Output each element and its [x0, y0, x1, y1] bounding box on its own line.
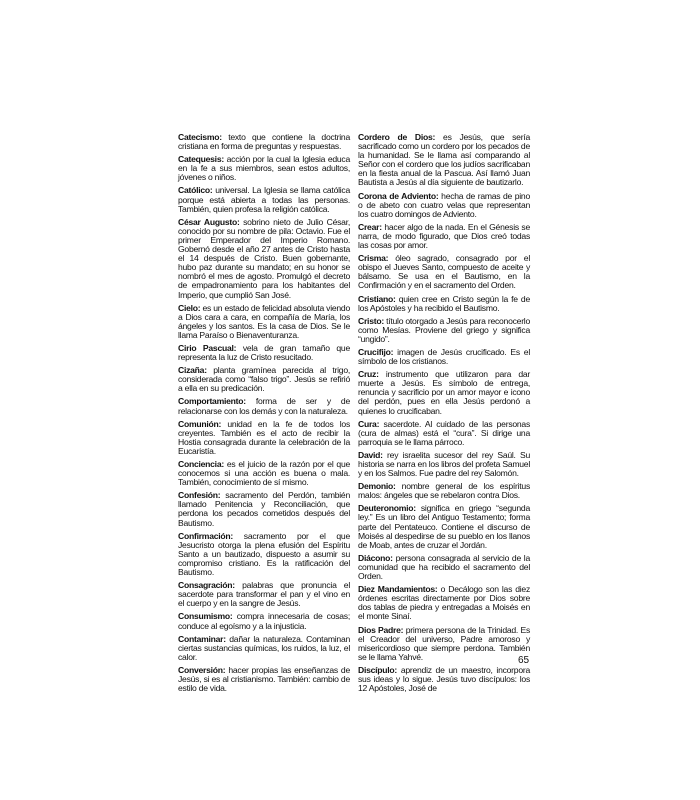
glossary-entry: Cirio Pascual: vela de gran tamaño que r… — [178, 344, 350, 362]
page-number: 65 — [518, 655, 529, 666]
glossary-definition: instrumento que utilizaron para dar muer… — [358, 369, 530, 415]
glossary-page: Catecismo: texto que contiene la doctrin… — [178, 133, 530, 663]
glossary-entry: Cristiano: quien cree en Cristo según la… — [358, 295, 530, 313]
glossary-entry: Demonio: nombre general de los espíritus… — [358, 482, 530, 500]
glossary-entry: Comportamiento: forma de ser y de relaci… — [178, 397, 350, 415]
glossary-right-column: Cordero de Dios: es Jesús, que sería sac… — [358, 133, 530, 663]
glossary-entry: Comunión: unidad en la fe de todos los c… — [178, 420, 350, 456]
glossary-entry: Diácono: persona consagrada al servicio … — [358, 554, 530, 581]
glossary-entry: Crear: hacer algo de la nada. En el Géne… — [358, 223, 530, 250]
glossary-entry: Cristo: título otorgado a Jesús para rec… — [358, 317, 530, 344]
glossary-definition: es Jesús, que sería sacrificado como un … — [358, 132, 530, 187]
glossary-entry: Conversión: hacer propias las enseñanzas… — [178, 666, 350, 693]
glossary-entry: Cura: sacerdote. Al cuidado de las perso… — [358, 420, 530, 447]
glossary-entry: Contaminar: dañar la naturaleza. Contami… — [178, 635, 350, 662]
glossary-entry: Cizaña: planta gramínea parecida al trig… — [178, 366, 350, 393]
glossary-entry: Crisma: óleo sagrado, consagrado por el … — [358, 254, 530, 290]
glossary-entry: Deuteronomio: significa en griego “segun… — [358, 504, 530, 549]
glossary-entry: Consumismo: compra innecesaria de cosas;… — [178, 612, 350, 630]
glossary-definition: sobrino nieto de Julio César, conocido p… — [178, 217, 350, 300]
glossary-entry: Católico: universal. La Iglesia se llama… — [178, 186, 350, 213]
glossary-entry: Confesión: sacramento del Perdón, tambié… — [178, 491, 350, 527]
glossary-left-column: Catecismo: texto que contiene la doctrin… — [178, 133, 350, 663]
glossary-entry: Cielo: es un estado de felicidad absolut… — [178, 304, 350, 340]
glossary-entry: Discípulo: aprendiz de un maestro, incor… — [358, 666, 530, 693]
glossary-definition: título otorgado a Jesús para reconocerlo… — [358, 316, 530, 344]
glossary-definition: hacer algo de la nada. En el Génesis se … — [358, 222, 530, 250]
glossary-entry: Corona de Adviento: hecha de ramas de pi… — [358, 192, 530, 219]
glossary-entry: Diez Mandamientos: o Decálogo son las di… — [358, 585, 530, 621]
glossary-definition: es un estado de felicidad absoluta viend… — [178, 303, 350, 340]
glossary-entry: David: rey israelita sucesor del rey Saú… — [358, 451, 530, 478]
glossary-definition: sacerdote. Al cuidado de las personas (c… — [358, 419, 530, 447]
glossary-entry: Confirmación: sacramento por el que Jesu… — [178, 532, 350, 577]
glossary-entry: Catequesis: acción por la cual la Iglesi… — [178, 155, 350, 182]
glossary-entry: Cordero de Dios: es Jesús, que sería sac… — [358, 133, 530, 188]
glossary-entry: Consagración: palabras que pronuncia el … — [178, 581, 350, 608]
glossary-entry: Crucifijo: imagen de Jesús crucificado. … — [358, 348, 530, 366]
glossary-entry: Conciencia: es el juicio de la razón por… — [178, 460, 350, 487]
glossary-entry: Dios Padre: primera persona de la Trinid… — [358, 626, 530, 662]
glossary-entry: César Augusto: sobrino nieto de Julio Cé… — [178, 218, 350, 300]
glossary-entry: Cruz: instrumento que utilizaron para da… — [358, 370, 530, 415]
glossary-definition: rey israelita sucesor del rey Saúl. Su h… — [358, 450, 530, 478]
glossary-entry: Catecismo: texto que contiene la doctrin… — [178, 133, 350, 151]
